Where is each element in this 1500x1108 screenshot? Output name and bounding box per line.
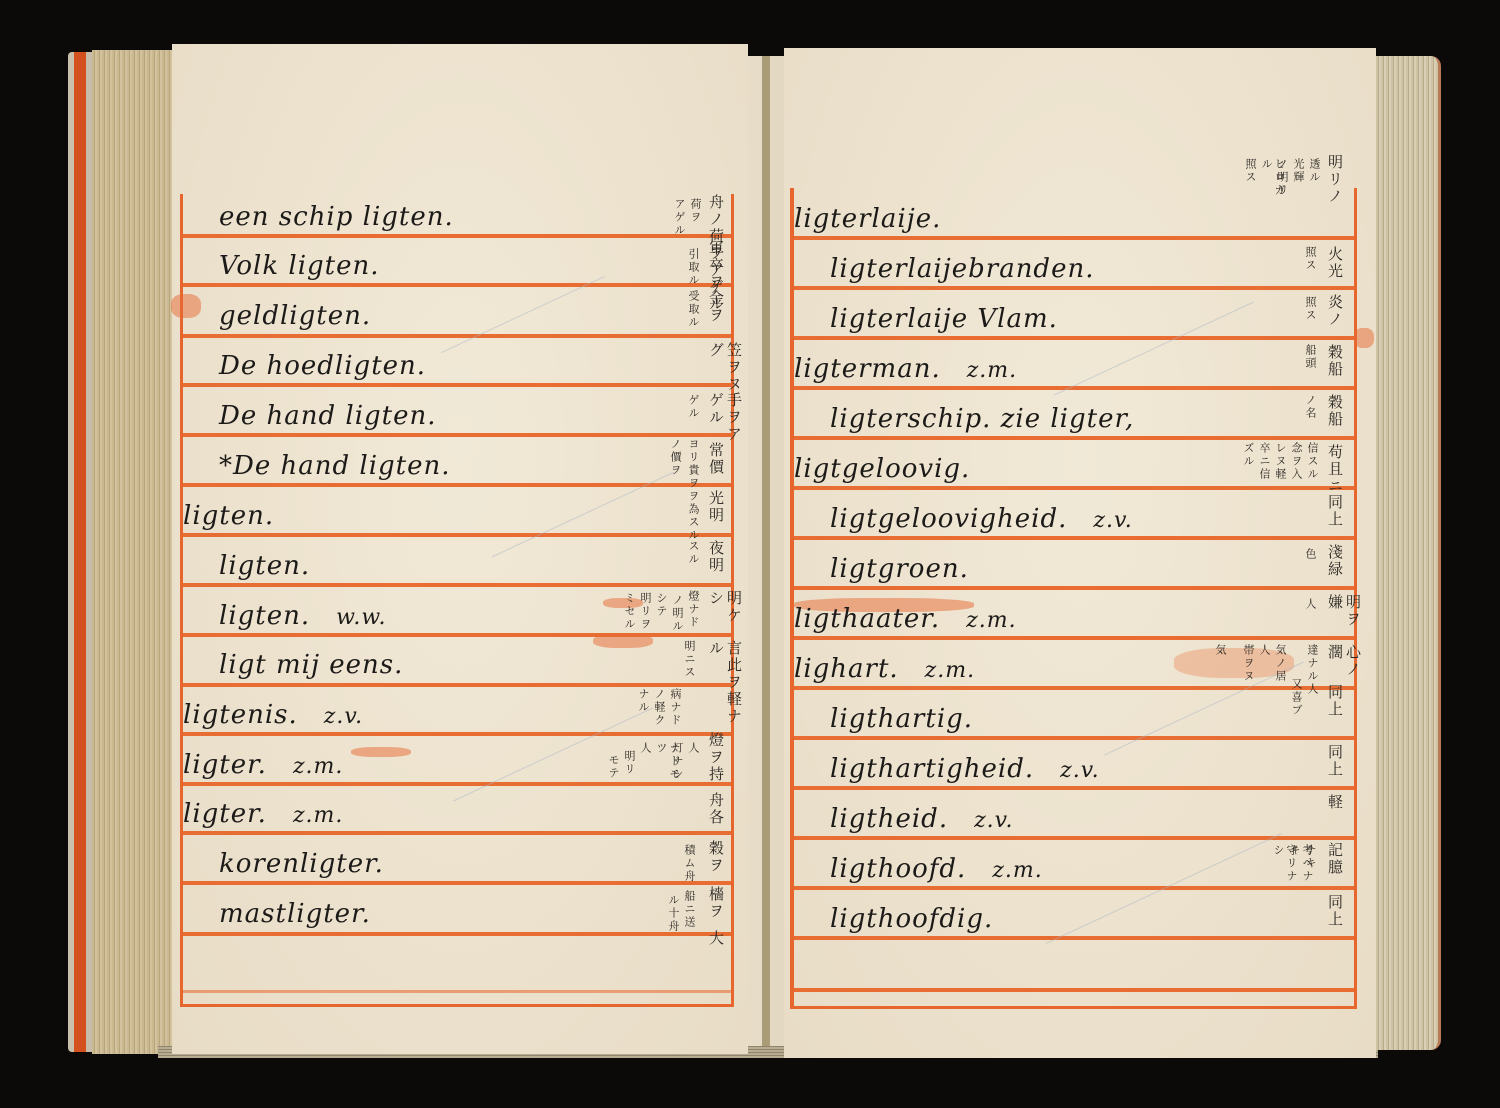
japanese-gloss: 夜明 [707,540,725,590]
ruling-line [794,988,1354,992]
japanese-note: 船頭 [1304,344,1317,384]
left-ruled-frame: een schip ligten. Volk ligten. geldligte… [180,194,734,1007]
japanese-note: ゲル [687,394,700,424]
japanese-gloss: 穀船 [1326,394,1344,434]
grammar-label: z.m. [925,658,975,683]
japanese-note: ル十舟 [667,894,680,944]
japanese-gloss: 淺緑 [1326,544,1344,584]
dictionary-entry: ligterlaijebranden. [830,254,1094,284]
ruling-line [794,436,1354,440]
japanese-gloss: 炎ノ [1326,294,1344,334]
ruling-line [183,782,731,786]
japanese-note: 達ナル人 [1306,644,1319,704]
ruling-line [794,936,1354,940]
japanese-note: 人 [1304,598,1317,628]
grammar-label: z.m. [967,358,1017,383]
japanese-note: 守リナシ [1272,844,1298,894]
dictionary-entry: ligtgeloovigheid.z.v. [830,504,1133,534]
ruling-line [794,736,1354,740]
dictionary-entry: ligthoofdig. [830,904,993,934]
grammar-label: z.v. [974,808,1013,833]
pencil-mark [1054,302,1254,396]
ruling-line [183,533,731,537]
japanese-gloss: 心ノ濶 [1326,644,1362,684]
dictionary-entry: ligter.z.m. [183,799,343,829]
japanese-note: 色 [1304,548,1317,568]
dictionary-entry: De hand ligten. [219,401,437,431]
japanese-note: 人 [1258,644,1271,674]
dictionary-entry: geldligten. [219,301,371,331]
ruling-line [183,283,731,287]
dictionary-entry: ligtenis.z.v. [183,700,363,730]
ruling-line [794,586,1354,590]
ruling-line [794,786,1354,790]
japanese-gloss: 金ヲ [707,290,725,350]
japanese-note: ノ軽ク [653,688,666,728]
japanese-note: 燈ナド [687,590,700,630]
japanese-gloss: 火光 [1326,246,1344,286]
japanese-note: ミセル [623,592,636,632]
dictionary-entry: ligthoofd.z.m. [830,854,1043,884]
grammar-label: z.m. [992,858,1042,883]
grammar-label: z.v. [1093,508,1132,533]
page-edges-left [92,50,172,1054]
japanese-note: 光輝 [1292,158,1305,198]
dictionary-entry: *De hand ligten. [219,451,451,481]
japanese-note: ノ價ヲ [669,438,682,498]
japanese-note: ナル [637,688,650,718]
japanese-note: 卒ニ信 [1258,442,1271,482]
ruling-line [794,336,1354,340]
dictionary-entry: een schip ligten. [219,202,454,232]
ink-stain [1354,328,1374,348]
ink-stain [351,747,411,757]
japanese-note: 気ノ居 [1274,644,1287,684]
japanese-note: ナドモツ [655,742,681,782]
dictionary-entry: ligthartig. [830,704,973,734]
japanese-note: レヌ軽 [1274,442,1287,482]
japanese-note: 船ニ送 [683,890,696,940]
japanese-note: 照ス [1244,158,1257,188]
dictionary-entry: ligter.z.m. [183,750,343,780]
grammar-label: w.w. [336,605,386,630]
ruling-line [183,932,731,936]
ruling-line [183,334,731,338]
japanese-note: ズル [1242,442,1255,472]
dictionary-entry: ligtgroen. [830,554,969,584]
japanese-note: モテ [607,754,620,784]
ruling-line [183,234,731,238]
ruling-line [794,686,1354,690]
dictionary-entry: ligten.w.w. [219,601,387,631]
japanese-gloss: 言此ヲ軽ナル [707,640,743,730]
ruling-line [183,990,731,993]
japanese-note: 念ヲ入 [1290,442,1303,482]
dictionary-entry: mastligter. [219,899,371,929]
right-page: ligterlaije. ligterlaijebranden. ligterl… [784,48,1376,1058]
ruling-line [794,386,1354,390]
page-edges-right [1376,56,1441,1050]
japanese-gloss: 明ケシ [707,590,743,640]
dictionary-entry: korenligter. [219,849,384,879]
japanese-note: 明リヲ [639,592,652,632]
grammar-label: z.v. [324,704,363,729]
dictionary-entry: ligterschip. zie ligter, [830,404,1134,434]
japanese-gloss: 明リノ [1326,154,1344,234]
japanese-gloss: 穀ヲ [707,840,725,880]
japanese-note: 照ス [1304,246,1317,276]
ruling-line [183,683,731,687]
japanese-note: 人 [687,742,700,772]
grammar-label: z.v. [1060,758,1099,783]
japanese-gloss: 常價 [707,442,725,492]
ruling-line [794,536,1354,540]
japanese-note: 明リ [623,750,636,780]
ruling-line [794,486,1354,490]
japanese-gloss: 軽 [1326,794,1344,824]
japanese-gloss: 大 [707,930,725,960]
dictionary-entry: Volk ligten. [219,251,380,281]
japanese-note: 人 [639,742,652,772]
japanese-note: 透ル [1308,158,1321,198]
dictionary-entry: ligthaater.z.m. [794,604,1017,634]
pencil-mark [441,276,605,353]
book-gutter [748,56,784,1046]
japanese-note: 受取ル [687,290,700,350]
japanese-note: ヨリ貴ヲ [687,438,700,498]
japanese-note: 帯ヲヌ [1242,644,1255,684]
japanese-gloss: 記臆 [1326,842,1344,882]
japanese-gloss: 舟各 [707,792,725,832]
ruling-line [794,236,1354,240]
japanese-note: 積ム舟 [683,844,696,894]
grammar-label: z.m. [966,608,1016,633]
dictionary-entry: ligtheid.z.v. [830,804,1013,834]
ink-stain [171,294,201,318]
dictionary-entry: ligterman.z.m. [794,354,1017,384]
japanese-note: 信スル [1306,442,1319,482]
dictionary-entry: ligten. [219,551,310,581]
dictionary-entry: ligtgeloovig. [794,454,970,484]
ruling-line [183,433,731,437]
dictionary-entry: ligt mij eens. [219,650,403,680]
japanese-gloss: 檣ヲ [707,886,725,926]
ruling-line [794,286,1354,290]
dictionary-entry: lighart.z.m. [794,654,975,684]
japanese-gloss: 同上 [1326,894,1344,934]
japanese-note: ノ明ル [671,594,684,634]
left-page: een schip ligten. Volk ligten. geldligte… [172,44,748,1054]
japanese-note: ヒロガル [1260,158,1286,208]
ruling-line [183,383,731,387]
ruling-line [183,831,731,835]
dictionary-entry: ligthartigheid.z.v. [830,754,1100,784]
ink-stain [593,634,653,648]
dictionary-entry: ligterlaije Vlam. [830,304,1058,334]
japanese-gloss: 穀船 [1326,344,1344,384]
right-ruled-frame: ligterlaije. ligterlaijebranden. ligterl… [790,188,1357,1009]
grammar-label: z.m. [293,803,343,828]
japanese-note: 又喜ブ [1290,678,1303,718]
japanese-note: 気 [1214,644,1227,674]
japanese-gloss: 同上 [1326,744,1344,784]
ruling-line [183,881,731,885]
japanese-gloss: 光明 [707,490,725,540]
japanese-note: 明ニス [683,640,696,680]
dictionary-entry: De hoedligten. [219,351,426,381]
dictionary-entry: ligterlaije. [794,204,941,234]
japanese-gloss: 燈ヲ持 [707,732,725,792]
japanese-note: シテ [655,592,668,632]
ruling-line [794,886,1354,890]
grammar-label: z.m. [293,754,343,779]
japanese-gloss: 明ヲ嫌 [1326,594,1362,634]
book-cover-edge [68,52,92,1052]
japanese-note: ノ名 [1304,394,1317,424]
open-book: een schip ligten. Volk ligten. geldligte… [68,44,1448,1064]
japanese-gloss: 同上 [1326,684,1344,724]
japanese-note: アゲル [673,198,686,258]
japanese-note: 病ナド [669,688,682,728]
ruling-line [183,732,731,736]
japanese-gloss: 同上 [1326,494,1344,534]
japanese-note: スル [687,540,700,580]
japanese-note: 照ス [1304,296,1317,326]
dictionary-entry: ligten. [183,501,274,531]
ruling-line [794,636,1354,640]
ruling-line [183,583,731,587]
